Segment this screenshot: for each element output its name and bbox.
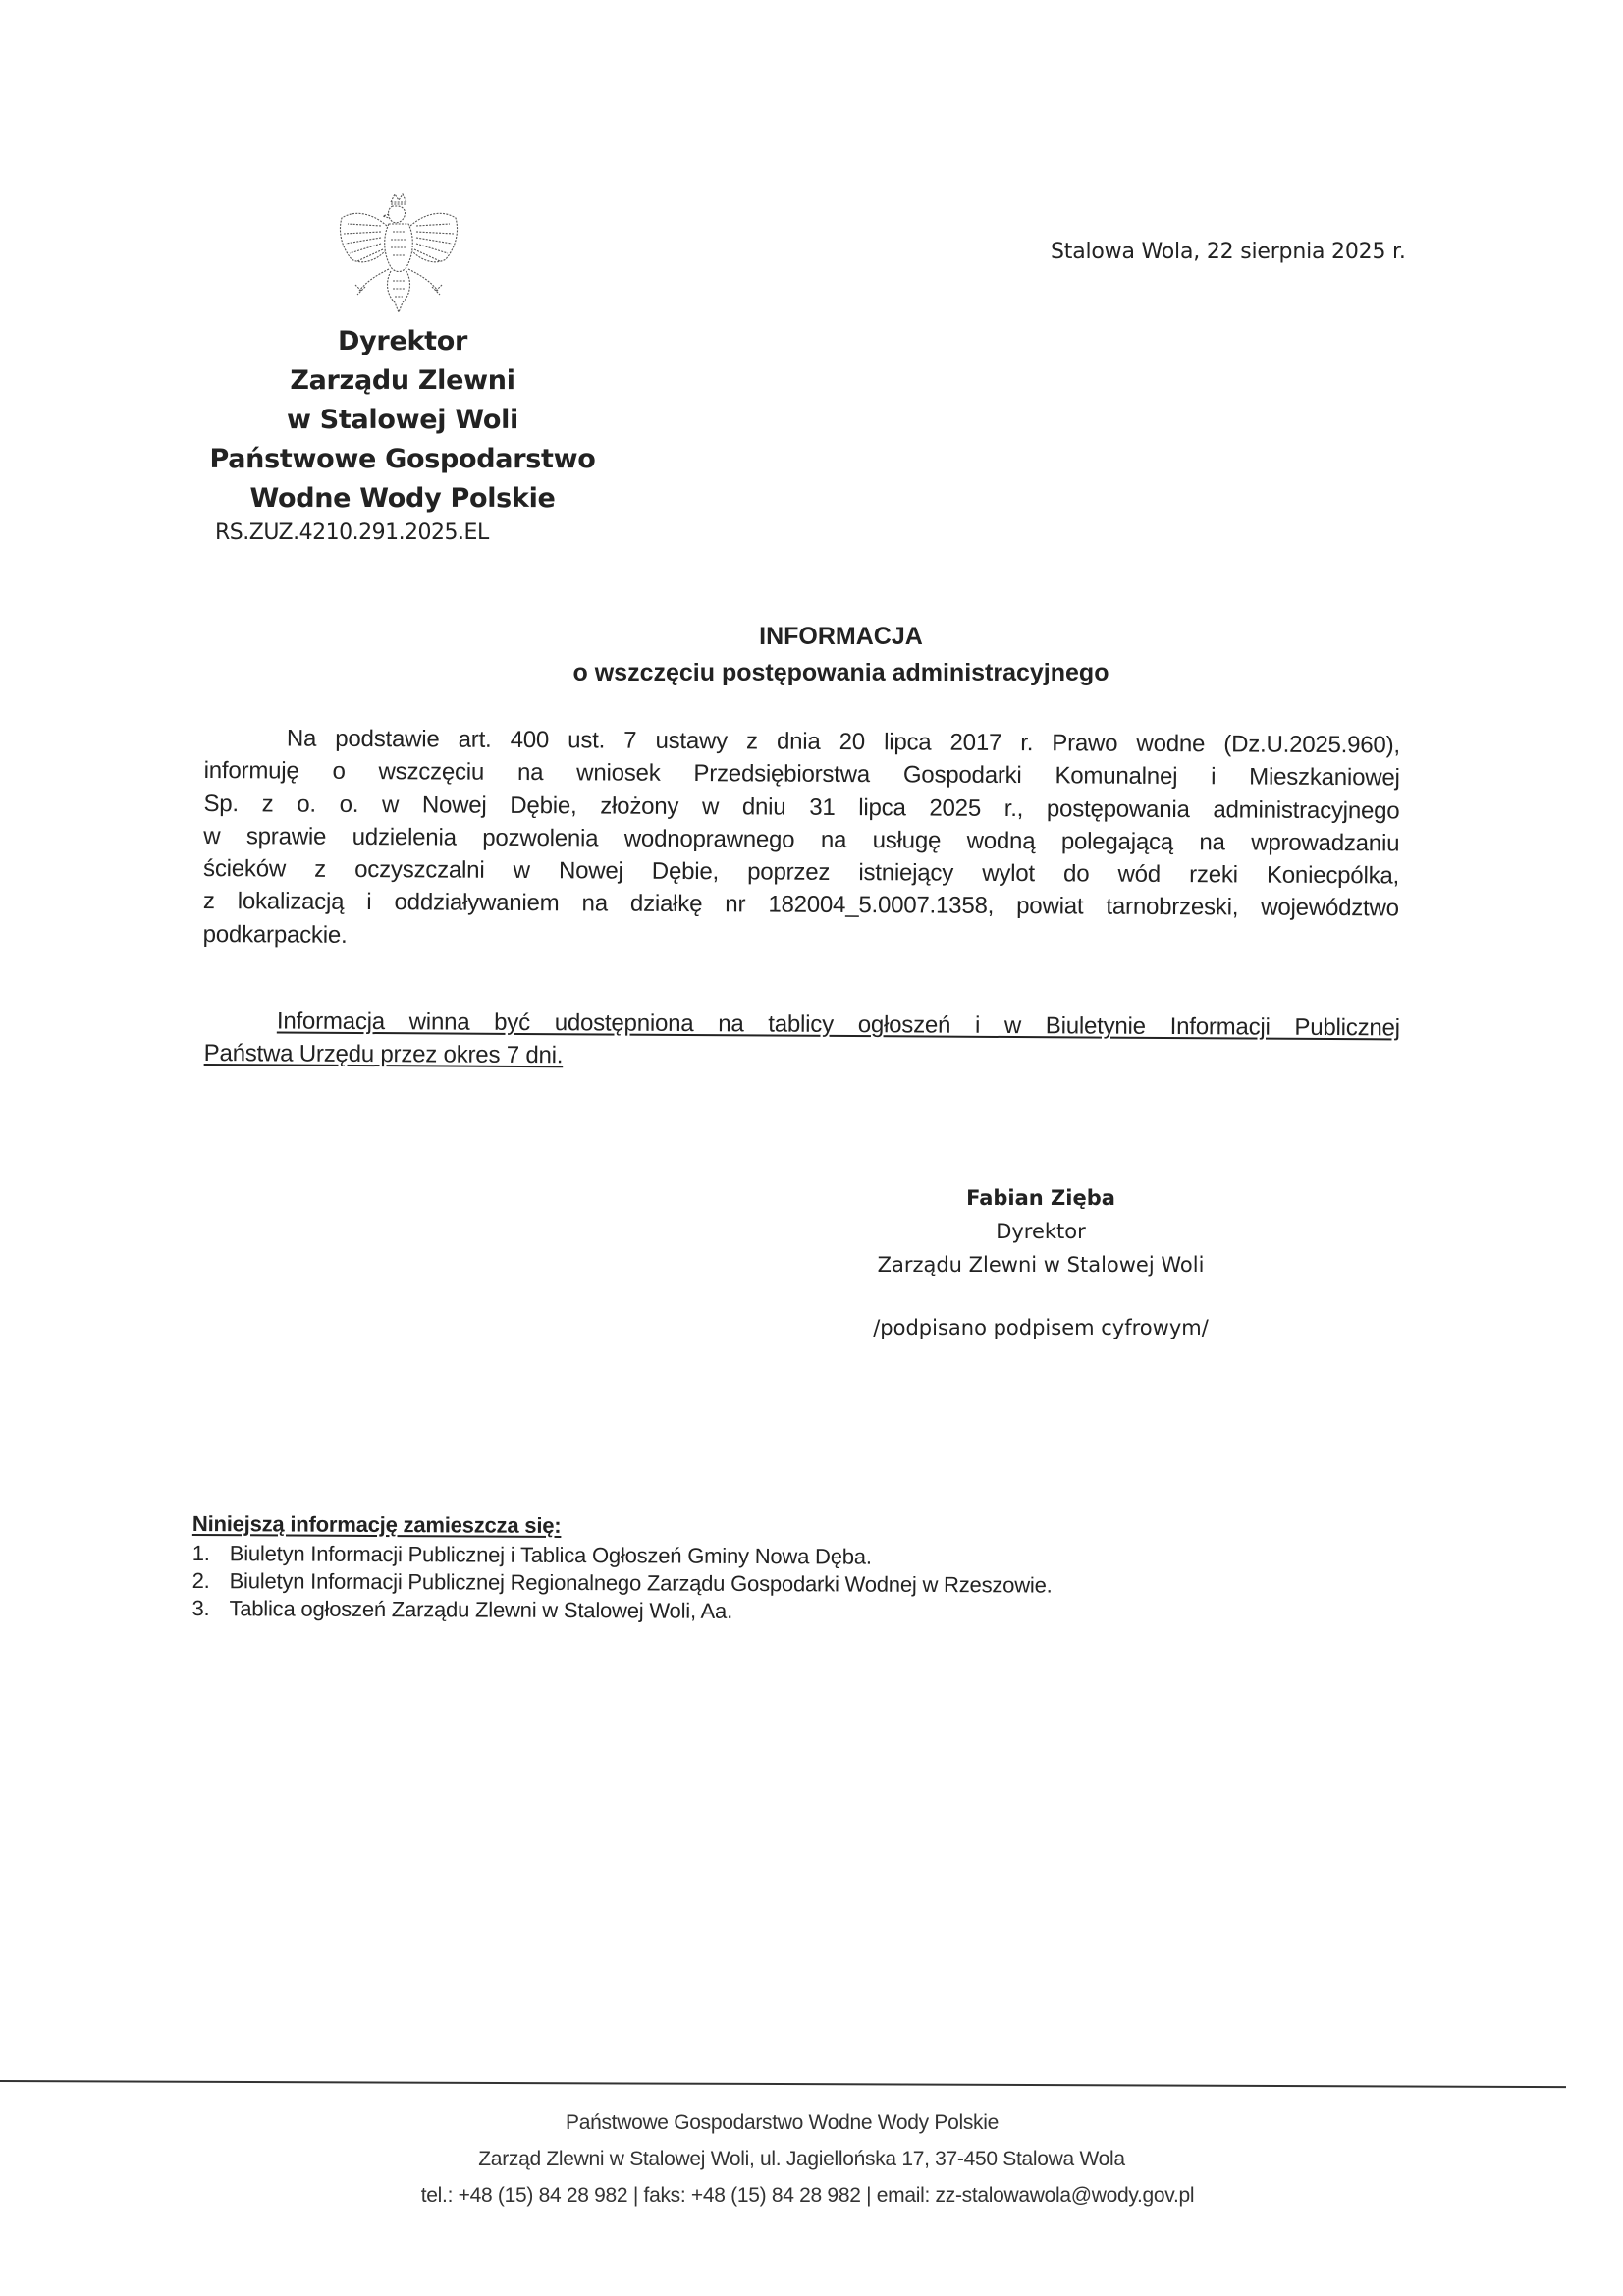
digital-signature-note: /podpisano podpisem cyfrowym/ [844, 1311, 1237, 1344]
item-text: Biuletyn Informacji Publicznej i Tablica… [230, 1540, 872, 1570]
body-paragraph: Na podstawie art. 400 ust. 7 ustawy z dn… [203, 722, 1400, 958]
item-number: 2. [192, 1567, 230, 1595]
notice-line: Państwa Urzędu przez okres 7 dni. [204, 1037, 564, 1071]
document-page: Dyrektor Zarządu Zlewni w Stalowej Woli … [0, 0, 1623, 2296]
issuer-line: Dyrektor [196, 322, 609, 361]
footer-address: Zarząd Zlewni w Stalowej Woli, ul. Jagie… [0, 2141, 1623, 2177]
issuer-line: w Stalowej Woli [196, 401, 609, 440]
footer: Państwowe Gospodarstwo Wodne Wody Polski… [0, 2105, 1623, 2214]
footer-organization: Państwowe Gospodarstwo Wodne Wody Polski… [0, 2105, 1623, 2141]
issuer-line: Wodne Wody Polskie [196, 479, 609, 519]
signatory-title: Dyrektor [844, 1215, 1237, 1248]
title-subtitle: o wszczęciu postępowania administracyjne… [59, 654, 1623, 691]
item-number: 1. [192, 1540, 230, 1567]
footer-contact: tel.: +48 (15) 84 28 982 | faks: +48 (15… [0, 2177, 1623, 2214]
item-number: 3. [191, 1595, 229, 1622]
issuer-block: Dyrektor Zarządu Zlewni w Stalowej Woli … [196, 322, 609, 519]
document-title: INFORMACJA o wszczęciu postępowania admi… [0, 619, 1623, 691]
distribution-list: Niniejszą informację zamieszcza się: 1. … [191, 1510, 1194, 1627]
signatory-office: Zarządu Zlewni w Stalowej Woli [844, 1248, 1237, 1282]
case-reference: RS.ZUZ.4210.291.2025.EL [215, 520, 489, 545]
issuer-line: Zarządu Zlewni [196, 361, 609, 401]
item-text: Biuletyn Informacji Publicznej Regionaln… [230, 1567, 1053, 1599]
polish-eagle-emblem-icon [332, 192, 465, 318]
publication-notice: Informacja winna być udostępniona na tab… [204, 1005, 1400, 1076]
distribution-item: 3. Tablica ogłoszeń Zarządu Zlewni w Sta… [191, 1595, 1193, 1627]
issuer-line: Państwowe Gospodarstwo [196, 440, 609, 479]
item-text: Tablica ogłoszeń Zarządu Zlewni w Stalow… [229, 1595, 732, 1625]
title-main: INFORMACJA [59, 619, 1623, 654]
footer-divider [0, 2080, 1566, 2088]
distribution-heading: Niniejszą informację zamieszcza się: [192, 1510, 1194, 1543]
signatory-name: Fabian Zięba [844, 1181, 1237, 1215]
signature-block: Fabian Zięba Dyrektor Zarządu Zlewni w S… [844, 1181, 1237, 1344]
place-and-date: Stalowa Wola, 22 sierpnia 2025 r. [1051, 240, 1406, 264]
